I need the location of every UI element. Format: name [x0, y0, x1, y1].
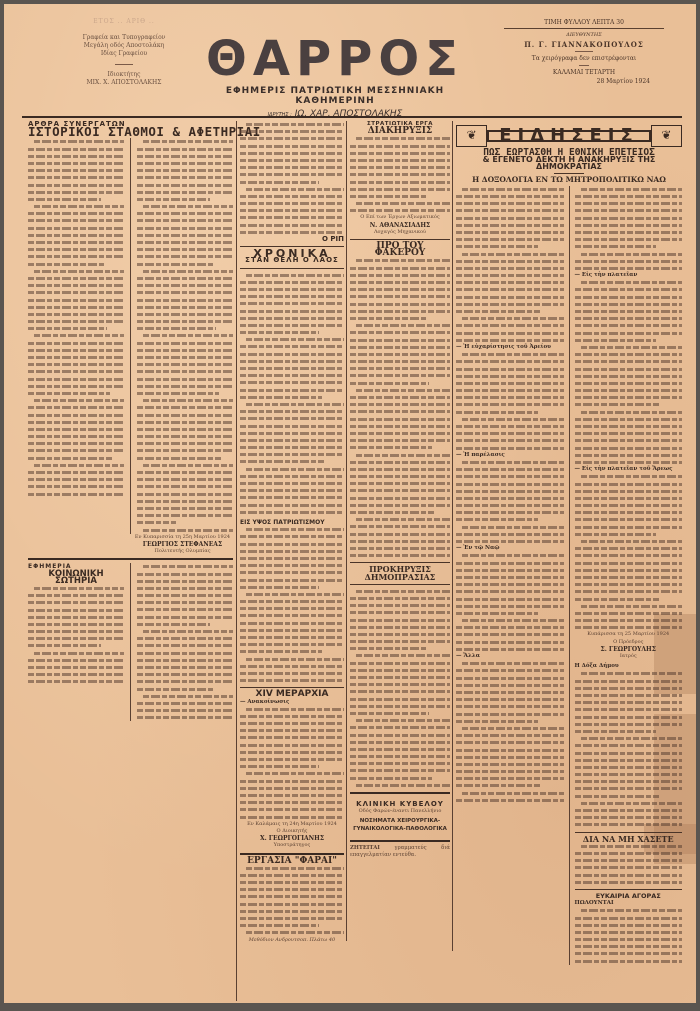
text-line: [575, 574, 683, 581]
text-line: [350, 631, 450, 638]
signoff-name: Σ. ΓΕΩΡΓΟΥΛΗΣ: [575, 646, 683, 653]
text-line: [462, 251, 564, 258]
text-line: [240, 756, 344, 763]
text-line: [456, 689, 564, 696]
divider: [240, 687, 344, 688]
text-line: [240, 351, 344, 358]
text-line: [456, 531, 564, 538]
text-line: [456, 596, 564, 603]
text-line: [456, 409, 538, 416]
text-line: [28, 318, 124, 325]
text-line: [575, 351, 683, 358]
text-line: [581, 670, 683, 677]
text-line: [240, 569, 344, 576]
text-line: [28, 404, 124, 411]
text-line: [350, 645, 426, 652]
text-line: [456, 294, 564, 301]
text-line: [456, 272, 564, 279]
text-line: [575, 366, 683, 373]
text-line: [143, 462, 233, 469]
text-line: [240, 444, 344, 451]
text-line: [350, 681, 450, 688]
text-line: [575, 850, 683, 857]
text-line: [575, 936, 683, 943]
text-line: [240, 135, 344, 142]
text-line: [356, 135, 450, 142]
text-line: [350, 753, 450, 760]
text-line: [28, 297, 124, 304]
text-line: [137, 412, 233, 419]
signoff-name: Ν. ΑΘΑΝΑΣΙΑΔΗΣ: [350, 222, 450, 229]
text-line: [575, 807, 683, 814]
article-footer: Μεθόδιον Ανδρουτσοπ. Πλάτω 40: [240, 937, 344, 944]
text-line: [356, 516, 450, 523]
subheading: Η Δόξα Δήμου: [575, 663, 683, 670]
text-line: [350, 394, 450, 401]
text-line: [350, 674, 450, 681]
article-subheadline: ΣΤΑΝ ΘΕΛΗ Ο ΛΑΟΣ: [240, 257, 344, 264]
text-line: [456, 782, 541, 789]
text-line: [350, 602, 450, 609]
text-line: [240, 286, 344, 293]
text-line: [575, 757, 683, 764]
text-line: [456, 682, 564, 689]
column-divider: [346, 121, 347, 941]
text-line: [240, 799, 344, 806]
text-line: [575, 552, 683, 559]
divider: [240, 268, 344, 269]
text-line: [246, 865, 344, 872]
text-line: [137, 232, 233, 239]
divider: [575, 51, 593, 52]
text-line: [240, 872, 344, 879]
divider: [350, 584, 450, 585]
text-line: [240, 727, 344, 734]
text-line: [350, 437, 450, 444]
text-line: [456, 193, 564, 200]
text-line: [240, 879, 344, 886]
text-line: [456, 207, 564, 214]
news-body-left: — Ἡ εὐχαρίστησις τοῦ Ἀρείου — Ἡ παρέλασι…: [456, 186, 564, 965]
text-line: [240, 612, 344, 619]
text-line: [240, 792, 344, 799]
text-line: [575, 785, 683, 792]
column-divider: [236, 121, 237, 1001]
text-line: [575, 706, 683, 713]
text-line: [350, 380, 429, 387]
text-line: [456, 603, 564, 610]
text-line: [356, 717, 450, 724]
text-line: [456, 358, 564, 365]
text-line: [240, 915, 344, 922]
text-line: [28, 275, 124, 282]
subheading: — Ανακοίνωσις: [240, 699, 344, 706]
text-line: [456, 286, 564, 293]
text-line: [456, 200, 564, 207]
text-line: [137, 304, 233, 311]
text-line: [575, 857, 683, 864]
text-line: [137, 347, 233, 354]
text-line: [137, 578, 233, 585]
text-line: [28, 232, 124, 239]
text-line: [246, 656, 344, 663]
text-line: [456, 215, 564, 222]
text-line: [350, 545, 450, 552]
text-line: [350, 186, 450, 193]
text-line: [456, 488, 564, 495]
subheading: — Εἰς τὴν πλατεῖαν τοῦ Ἄρεως: [575, 466, 683, 473]
text-line: [137, 318, 233, 325]
text-line: [143, 138, 233, 145]
text-line: [350, 696, 450, 703]
section-heading: ΕΙΣ ΥΨΟΣ ΠΑΤΡΙΩΤΙΣΜΟΥ: [240, 519, 344, 526]
text-line: [240, 533, 344, 540]
text-line: [456, 732, 564, 739]
text-line: [350, 329, 450, 336]
text-line: [575, 207, 683, 214]
text-line: [28, 621, 124, 628]
subheading: — Ἐν τῷ Ναῷ: [456, 545, 564, 552]
text-line: [350, 351, 450, 358]
text-line: [350, 509, 435, 516]
text-line: [575, 301, 683, 308]
text-line: [581, 843, 683, 850]
text-line: [240, 778, 344, 785]
text-line: [575, 222, 683, 229]
text-line: [350, 767, 450, 774]
article-body: [240, 526, 344, 684]
text-line: [456, 567, 564, 574]
publisher-label: Ιδιοκτήτης: [44, 71, 204, 79]
text-line: [575, 699, 683, 706]
text-line: [350, 760, 450, 767]
text-line: [356, 200, 450, 207]
text-line: [356, 257, 450, 264]
text-line: [246, 466, 344, 473]
text-line: [575, 308, 683, 315]
text-line: [28, 642, 101, 649]
text-line: [240, 487, 344, 494]
text-line: [28, 678, 124, 685]
text-line: [137, 714, 233, 721]
text-line: [240, 315, 344, 322]
text-line: [137, 635, 233, 642]
text-line: [240, 308, 344, 315]
text-line: [246, 591, 344, 598]
text-line: [575, 922, 683, 929]
newspaper-logo: ΘΑΡΡΟΣ: [200, 34, 470, 84]
text-line: [350, 293, 450, 300]
ad-lead: ΠΩΛΟΥΝΤΑΙ: [575, 900, 614, 906]
text-line: [137, 498, 233, 505]
text-line: [581, 538, 683, 545]
news-section: ❦ ΕΙΔΗΣΕΙΣ ❦ ΠΩΣ ΕΩΡΤΑΣΘΗ Η ΕΘΝΙΚΗ ΕΠΕΤΕ…: [456, 121, 682, 965]
author-title: Πολιτευτής Ολυμπίας: [133, 548, 232, 555]
text-line: [575, 692, 683, 699]
text-line: [28, 182, 124, 189]
text-line: [137, 512, 233, 519]
text-line: [240, 742, 344, 749]
text-line: [456, 222, 564, 229]
text-line: [137, 160, 233, 167]
text-line: [575, 771, 683, 778]
text-line: [28, 671, 124, 678]
text-line: [240, 893, 344, 900]
text-line: [350, 459, 450, 466]
text-line: [456, 754, 564, 761]
text-line: [240, 509, 344, 516]
text-line: [456, 509, 564, 516]
text-line: [456, 718, 538, 725]
text-line: [246, 186, 344, 193]
text-line: [356, 452, 450, 459]
text-line: [575, 215, 683, 222]
text-line: [28, 592, 124, 599]
wanted-label: ΖΗΤΕΙΤΑΙ: [350, 845, 380, 851]
text-line: [581, 800, 683, 807]
text-line: [575, 358, 683, 365]
text-line: [28, 635, 124, 642]
text-line: [137, 146, 233, 153]
divider: [350, 239, 450, 240]
text-line: [462, 725, 564, 732]
text-line: [575, 502, 683, 509]
text-line: [350, 710, 429, 717]
column-3: ΣΤΡΑΤΙΩΤΙΚΑ ΕΡΓΑ ΔΙΑΚΗΡΥΞΙΣ Ο Επί των Έρ…: [350, 121, 450, 859]
text-line: [137, 368, 233, 375]
text-line: [462, 790, 564, 797]
text-line: [456, 747, 564, 754]
text-line: [240, 627, 344, 634]
clinic-advertisement: ΚΛΙΝΙΚΗ ΚΥΒΕΛΟΥ Οδός Φαρών-έναντι Πανελλ…: [350, 797, 450, 837]
subheading: — Ἄλλα: [456, 653, 564, 660]
text-line: [581, 473, 683, 480]
text-line: [137, 153, 233, 160]
text-line: [34, 397, 124, 404]
text-line: [575, 821, 683, 828]
text-line: [456, 430, 564, 437]
text-line: [240, 713, 344, 720]
column-1: ΑΡΘΡΑ ΣΥΝΕΡΓΑΤΩΝ ΙΣΤΟΡΙΚΟΙ ΣΤΑΘΜΟΙ & ΑΦΕ…: [28, 121, 233, 721]
text-line: [34, 332, 124, 339]
text-line: [456, 581, 564, 588]
text-line: [28, 419, 124, 426]
text-line: [28, 189, 124, 196]
text-line: [34, 138, 124, 145]
manuscripts-note: Τα χειρόγραφα δεν επιστρέφονται: [504, 54, 664, 63]
text-line: [28, 246, 124, 253]
text-line: [575, 864, 683, 871]
text-line: [137, 686, 213, 693]
text-line: [28, 628, 124, 635]
text-line: [350, 624, 450, 631]
article-body: [137, 563, 233, 721]
text-line: [137, 664, 233, 671]
text-line: [137, 390, 219, 397]
text-line: [240, 171, 344, 178]
director-name: Π. Γ. ΓΙΑΝΝΑΚΟΠΟΥΛΟΣ: [504, 40, 664, 49]
text-line: [137, 217, 233, 224]
text-line: [28, 440, 124, 447]
newspaper-page: ΕΤΟΣ .. ΑΡΙΘ .. Γραφεία και Τυπογραφείον…: [4, 4, 696, 1003]
clinic-services: ΝΟΣΗΜΑΤΑ ΧΕΙΡΟΥΡΓΙΚΑ-ΓΥΝΑΙΚΟΛΟΓΙΚΑ-ΠΑΘΟΛ…: [350, 818, 450, 832]
text-line: [240, 720, 344, 727]
text-line: [137, 196, 210, 203]
text-line: [28, 347, 124, 354]
signoff-role: Ο Πρόεδρος: [575, 639, 683, 646]
text-line: [137, 239, 233, 246]
text-line: [137, 571, 233, 578]
text-line: [350, 279, 450, 286]
text-line: [137, 325, 216, 332]
text-line: [575, 394, 683, 401]
text-line: [462, 351, 564, 358]
director-label: ΔΙΕΥΘΥΝΤΗΣ: [504, 31, 664, 40]
text-line: [240, 548, 344, 555]
text-line: [575, 452, 683, 459]
place-day: ΚΑΛΑΜΑΙ ΤΕΤΑΡΤΗ: [504, 68, 664, 77]
divider: [579, 65, 589, 66]
text-line: [240, 908, 344, 915]
text-line: [240, 598, 344, 605]
text-line: [137, 642, 233, 649]
text-line: [456, 437, 564, 444]
text-line: [581, 186, 683, 193]
issue-price: ΤΙΜΗ ΦΥΛΛΟΥ ΛΕΠΤΑ 30: [504, 18, 664, 29]
text-line: [575, 567, 683, 574]
text-line: [240, 473, 344, 480]
ornament-icon: ❦: [651, 125, 682, 147]
text-line: [143, 332, 233, 339]
text-line: [350, 531, 450, 538]
text-line: [240, 415, 344, 422]
text-line: [240, 806, 344, 813]
text-line: [456, 703, 564, 710]
text-line: [575, 387, 683, 394]
text-line: [240, 300, 344, 307]
text-line: [350, 301, 450, 308]
text-line: [137, 174, 233, 181]
text-line: [456, 322, 564, 329]
text-line: [350, 423, 450, 430]
text-line: [575, 596, 660, 603]
news-banner: ❦ ΕΙΔΗΣΕΙΣ ❦: [456, 125, 682, 147]
text-line: [28, 167, 124, 174]
text-line: [575, 315, 683, 322]
text-line: [350, 308, 450, 315]
section-rule: [28, 558, 233, 560]
text-line: [28, 476, 124, 483]
text-line: [581, 251, 683, 258]
text-line: [28, 469, 124, 476]
article-body: [350, 135, 450, 214]
text-line: [575, 337, 657, 344]
text-line: [137, 606, 233, 613]
text-line: [240, 605, 344, 612]
text-line: [137, 225, 233, 232]
text-line: [28, 253, 124, 260]
article-body: [240, 706, 344, 821]
text-line: [456, 473, 564, 480]
text-line: [356, 782, 450, 789]
masthead: ΕΤΟΣ .. ΑΡΙΘ .. Γραφεία και Τυπογραφείον…: [4, 4, 696, 116]
text-line: [350, 337, 450, 344]
ad-heading: ΔΙΑ ΝΑ ΜΗ ΧΑΣΕΤΕ: [575, 836, 683, 843]
text-line: [575, 286, 683, 293]
text-line: [28, 390, 110, 397]
text-line: [456, 308, 541, 315]
column-2: Ο ΡΙΠ ΧΡΟΝΙΚΑ ΣΤΑΝ ΘΕΛΗ Ο ΛΑΟΣ ΕΙΣ ΥΨΟΣ …: [240, 121, 344, 944]
text-line: [575, 200, 683, 207]
text-line: [137, 289, 233, 296]
text-line: [575, 750, 683, 757]
text-line: [456, 330, 564, 337]
text-line: [456, 481, 564, 488]
text-line: [456, 229, 564, 236]
text-line: [240, 677, 344, 684]
article-body: [350, 257, 450, 559]
divider: [575, 889, 683, 890]
text-line: [240, 207, 344, 214]
text-line: [137, 404, 233, 411]
text-line: [456, 387, 564, 394]
text-line: [350, 286, 450, 293]
text-line: [456, 797, 564, 804]
text-line: [28, 426, 124, 433]
text-line: [575, 678, 683, 685]
text-line: [137, 483, 233, 490]
text-line: [240, 922, 319, 929]
text-line: [28, 491, 124, 498]
text-line: [137, 383, 233, 390]
text-line: [350, 732, 450, 739]
text-line: [240, 200, 344, 207]
text-line: [462, 459, 564, 466]
article-headline: ΙΣΤΟΡΙΚΟΙ ΣΤΑΘΜΟΙ & ΑΦΕΤΗΡΙΑΙ: [28, 128, 233, 135]
article-body-right: [137, 138, 233, 533]
issue-date: 28 Μαρτίου 1924: [504, 77, 664, 86]
text-line: [34, 268, 124, 275]
text-line: [143, 563, 233, 570]
text-line: [575, 721, 683, 728]
text-line: [575, 258, 683, 265]
text-line: [350, 430, 450, 437]
text-line: [575, 958, 683, 965]
text-line: [240, 293, 344, 300]
text-line: [137, 376, 233, 383]
text-line: [240, 279, 344, 286]
text-line: [456, 667, 564, 674]
text-line: [575, 742, 683, 749]
text-line: [456, 516, 538, 523]
text-line: [143, 203, 233, 210]
text-line: [456, 236, 564, 243]
text-line: [575, 588, 683, 595]
text-line: [34, 462, 124, 469]
text-line: [456, 495, 564, 502]
text-line: [456, 775, 564, 782]
text-line: [240, 157, 344, 164]
text-line: [240, 143, 344, 150]
text-line: [356, 588, 450, 595]
text-line: [28, 383, 124, 390]
text-line: [137, 275, 233, 282]
text-line: [456, 301, 564, 308]
signoff-title: Λοχαγός Μηχανικού: [350, 229, 450, 236]
text-line: [240, 458, 325, 465]
text-line: [137, 469, 233, 476]
text-line: [240, 494, 344, 501]
